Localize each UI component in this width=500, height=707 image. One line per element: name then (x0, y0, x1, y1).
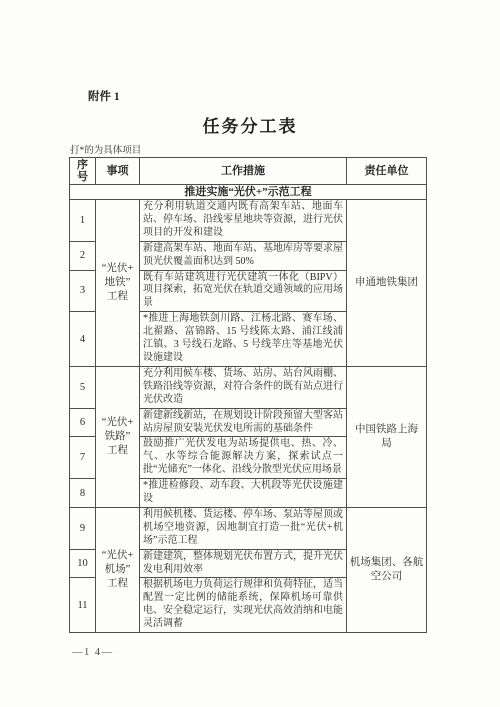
measure-cell: 新建建筑，整体规划光伏布置方式，提升光伏发电利用效率 (140, 549, 347, 578)
table-row: 9 “光伏+ 机场” 工程 利用候机楼、货运楼、停车场、泵站等屋顶或机场空地资源… (70, 507, 427, 549)
row-number: 7 (70, 437, 96, 479)
measure-cell: 充分利用轨道交通内既有高架车站、地面车站、停车场、沿线零星地块等资源，进行光伏项… (140, 200, 347, 242)
note-text: 打*的为具体项目 (70, 142, 141, 156)
col-header-no: 序 号 (70, 158, 96, 185)
table-header-row: 序 号 事项 工作措施 责任单位 (70, 158, 427, 185)
unit-cell-airport: 机场集团、各航 空公司 (347, 507, 427, 632)
unit-cell-metro: 申通地铁集团 (347, 200, 427, 367)
unit-cell-railway: 中国铁路上海 局 (347, 366, 427, 507)
measure-cell: 鼓励推广光伏发电为站场提供电、热、冷、气、水等综合能源解决方案，探索试点一批“光… (140, 437, 347, 479)
row-number: 6 (70, 408, 96, 437)
item-cell-railway: “光伏+ 铁路” 工程 (96, 366, 140, 507)
measure-cell: *推进上海地铁剑川路、江杨北路、赛车场、北翟路、富锦路、15 号线陈太路、浦江线… (140, 312, 347, 367)
measure-cell: 充分利用候车楼、货场、站房、站台风雨棚、铁路沿线等资源，对符合条件的既有站点进行… (140, 366, 347, 408)
measure-cell: 新建新线新站，在规划设计阶段预留大型客站站房屋顶安装光伏发电所需的基础条件 (140, 408, 347, 437)
page-number: —1 4— (72, 647, 114, 658)
measure-cell: *推进检修段、动车段、大机段等光伏设施建设 (140, 479, 347, 508)
row-number: 9 (70, 507, 96, 549)
document-page: 附件 1 任务分工表 打*的为具体项目 序 号 事项 工作措施 责任单位 推进实… (0, 0, 500, 707)
row-number: 2 (70, 241, 96, 270)
table-row: 1 “光伏+ 地铁” 工程 充分利用轨道交通内既有高架车站、地面车站、停车场、沿… (70, 200, 427, 242)
section-header: 推进实施“光伏+”示范工程 (70, 185, 427, 200)
measure-cell: 既有车站建筑进行光伏建筑一体化（BIPV）项目探索，拓宽光伏在轨道交通领域的应用… (140, 270, 347, 312)
table-row: 5 “光伏+ 铁路” 工程 充分利用候车楼、货场、站房、站台风雨棚、铁路沿线等资… (70, 366, 427, 408)
row-number: 8 (70, 479, 96, 508)
page-title: 任务分工表 (0, 112, 500, 137)
row-number: 4 (70, 312, 96, 367)
row-number: 5 (70, 366, 96, 408)
col-header-measure: 工作措施 (140, 158, 347, 185)
row-number: 3 (70, 270, 96, 312)
item-cell-airport: “光伏+ 机场” 工程 (96, 507, 140, 632)
measure-cell: 新建高架车站、地面车站、基地库房等要求屋顶光伏覆盖面积达到 50% (140, 241, 347, 270)
item-cell-metro: “光伏+ 地铁” 工程 (96, 200, 140, 367)
row-number: 11 (70, 578, 96, 633)
section-header-row: 推进实施“光伏+”示范工程 (70, 185, 427, 200)
col-header-unit: 责任单位 (347, 158, 427, 185)
row-number: 1 (70, 200, 96, 242)
measure-cell: 利用候机楼、货运楼、停车场、泵站等屋顶或机场空地资源，因地制宜打造一批“光伏+机… (140, 507, 347, 549)
attachment-label: 附件 1 (88, 88, 120, 104)
row-number: 10 (70, 549, 96, 578)
task-division-table: 序 号 事项 工作措施 责任单位 推进实施“光伏+”示范工程 1 “光伏+ 地铁… (69, 157, 427, 633)
col-header-item: 事项 (96, 158, 140, 185)
measure-cell: 根据机场电力负荷运行规律和负荷特征，适当配置一定比例的储能系统，保障机场可靠供电… (140, 578, 347, 633)
